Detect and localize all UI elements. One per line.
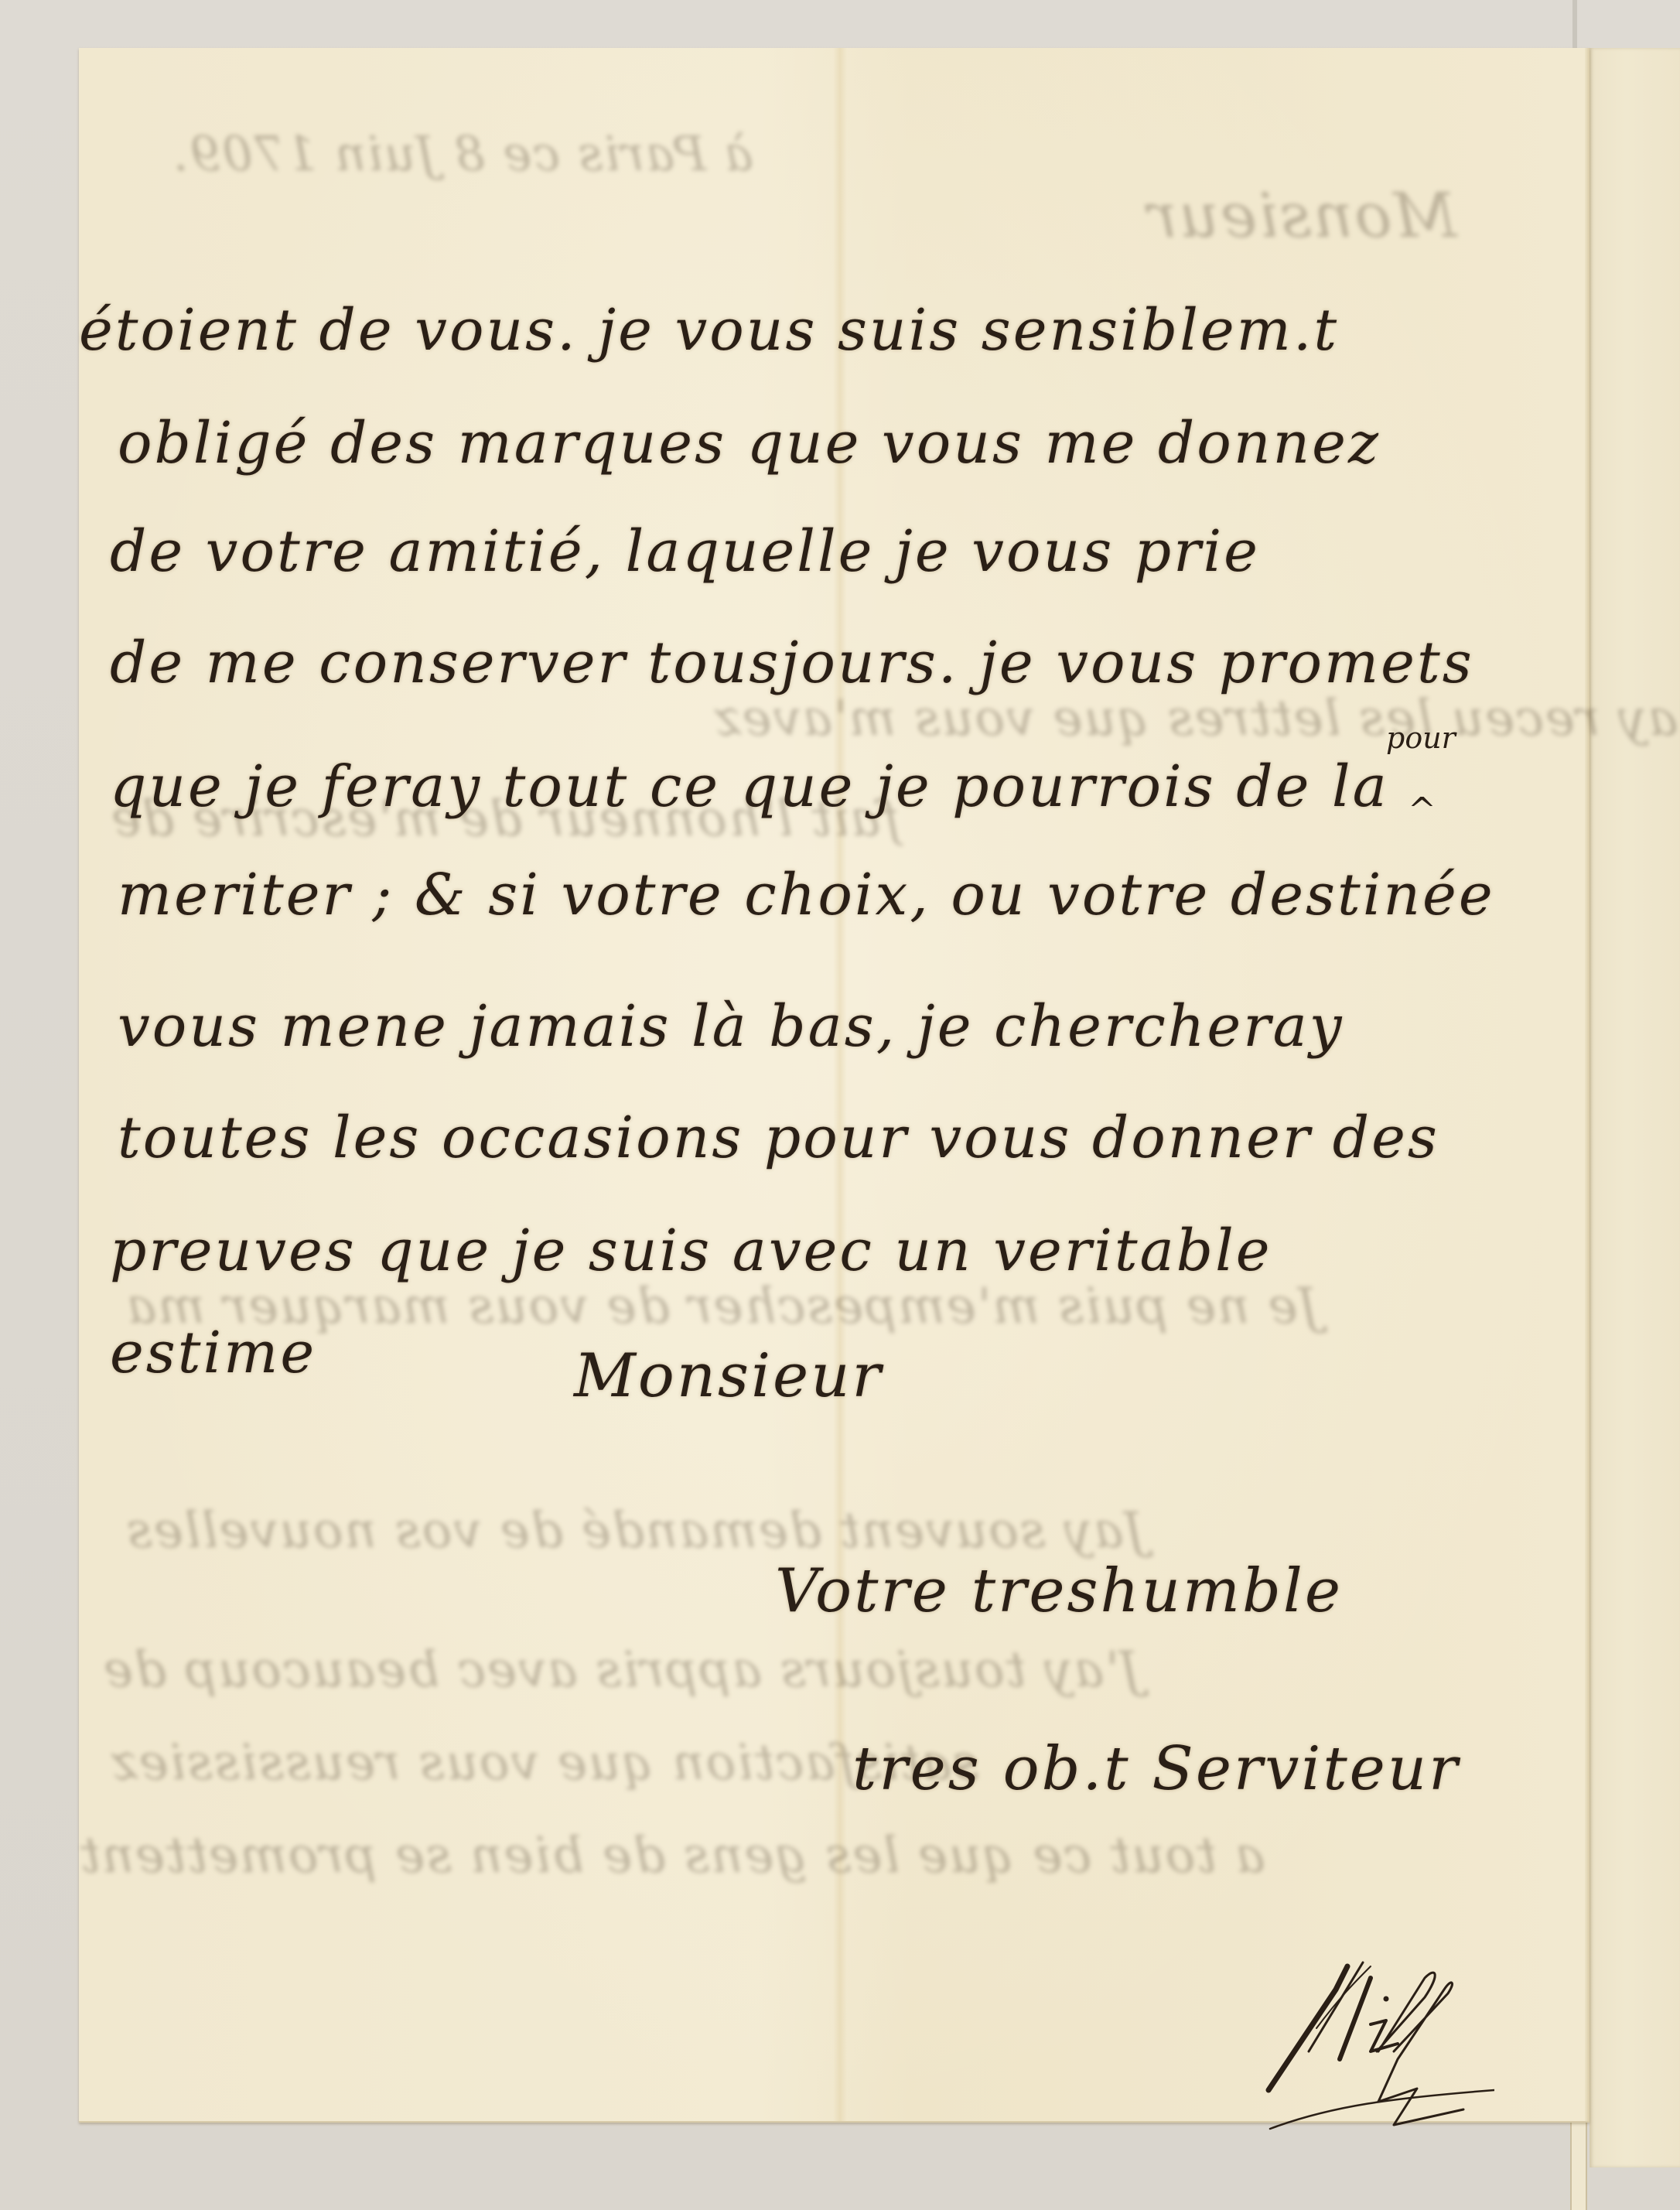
letter-line-9: preuves que je suis avec un veritable [110, 1218, 1272, 1284]
interlinear-insertion: pour [1386, 721, 1456, 755]
letter-line-10: estime [110, 1320, 316, 1386]
bleed-through-line: J'ay tousjours appris avec beaucoup de [102, 1641, 1140, 1699]
closing-line-2: tres ob.t Serviteur [852, 1734, 1460, 1804]
signature-hill [1262, 1935, 1494, 2137]
letter-line-7: vous mene jamais là bas, je chercheray [118, 993, 1344, 1060]
letter-sheet: à Paris ce 8 Juin 1709. Monsieur J'ay re… [79, 48, 1590, 2123]
bleed-through-line: Jay souvent demandé de vos nouvelles [125, 1502, 1145, 1559]
right-edge-crease [1585, 48, 1590, 2121]
bleed-through-dateline: à Paris ce 8 Juin 1709. [172, 125, 753, 182]
bleed-through-line: satisfaction que vous reussissiez [110, 1734, 978, 1792]
letter-line-1: étoient de vous. je vous suis sensiblem.… [79, 297, 1339, 364]
letter-line-8: toutes les occasions pour vous donner de… [118, 1105, 1439, 1171]
closing-salutation: Monsieur [574, 1341, 883, 1411]
bleed-through-line: a tout ce que les gens de bien se promet… [79, 1827, 1265, 1884]
backing-seam [1572, 0, 1577, 48]
insertion-caret-icon: ^ [1408, 791, 1436, 830]
letter-line-2: obligé des marques que vous me donnez [118, 410, 1381, 476]
letter-line-3: de votre amitié, laquelle je vous prie [110, 518, 1260, 585]
bleed-through-line: J'ay receu les lettres que vous m'avez [713, 690, 1680, 747]
letter-line-5: que je feray tout ce que je pourrois de … [110, 753, 1389, 820]
folded-right-leaf [1590, 48, 1680, 2167]
closing-line-1: Votre treshumble [775, 1556, 1343, 1626]
letter-line-6: meriter ; & si votre choix, ou votre des… [118, 862, 1495, 928]
letter-line-4: de me conserver tousjours. je vous prome… [110, 630, 1474, 696]
bleed-through-salutation: Monsieur [1146, 179, 1456, 251]
